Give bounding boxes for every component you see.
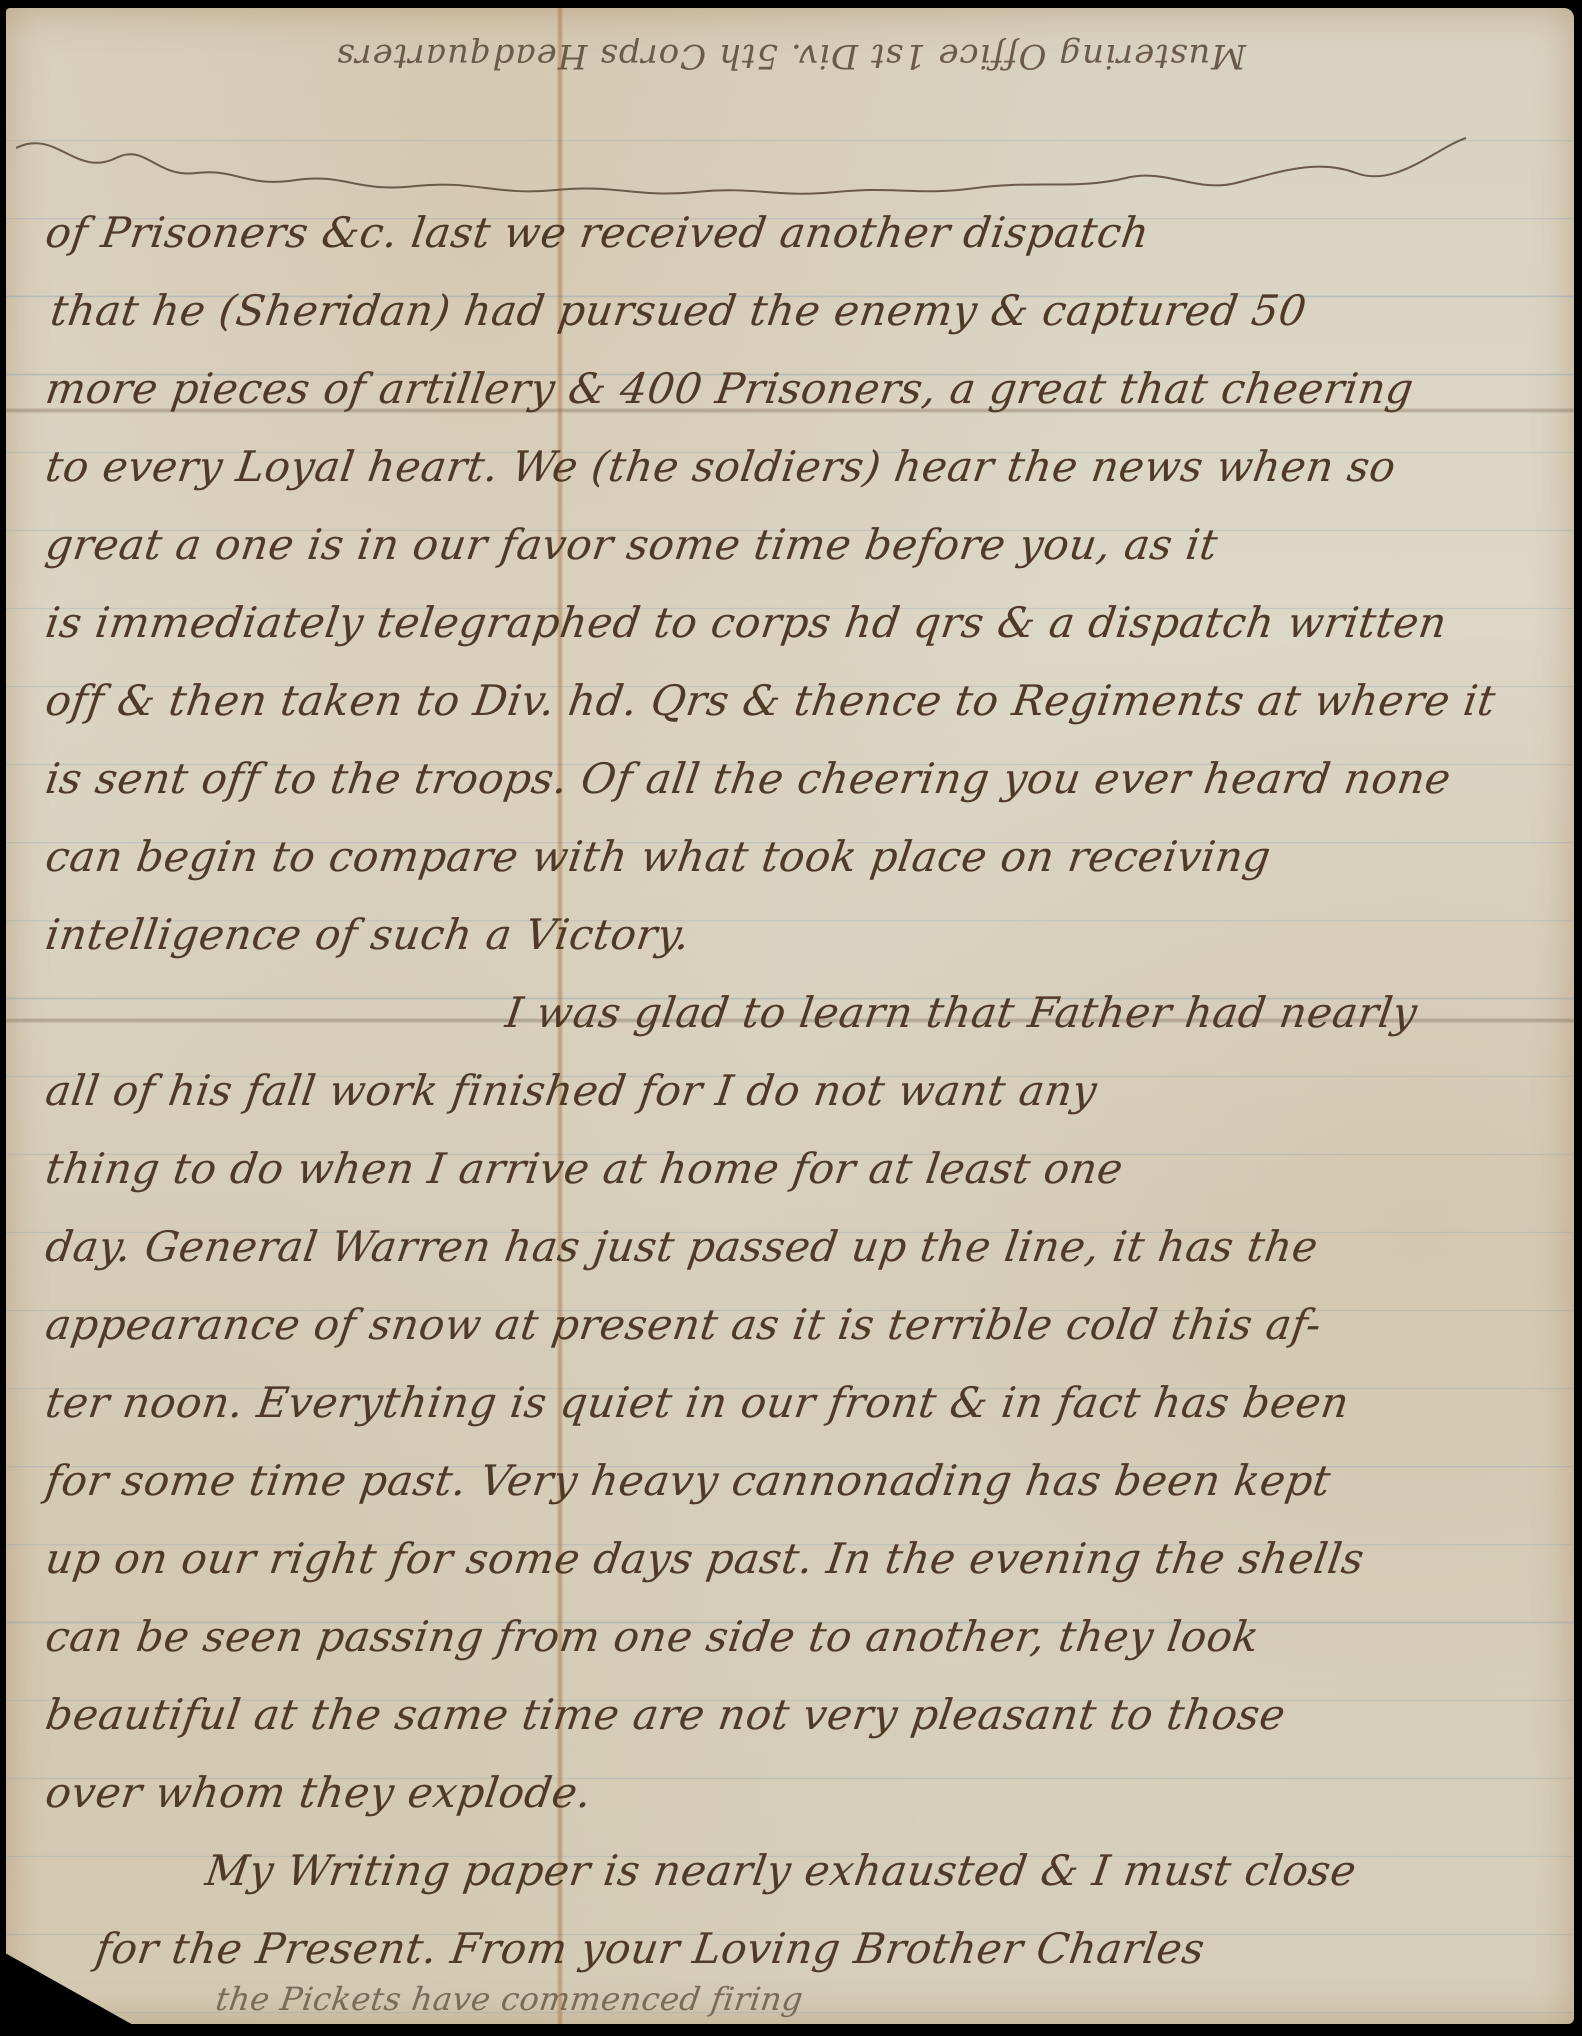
decorative-flourish <box>16 118 1476 198</box>
letter-line: that he (Sheridan) had pursued the enemy… <box>48 286 1582 335</box>
letter-line: over whom they explode. <box>43 1768 1582 1817</box>
letter-line: more pieces of artillery & 400 Prisoners… <box>43 364 1582 413</box>
letter-line: beautiful at the same time are not very … <box>43 1690 1582 1739</box>
letter-line: the Pickets have commenced firing <box>213 1980 1582 2018</box>
letter-line: is immediately telegraphed to corps hd q… <box>43 598 1582 647</box>
letter-line: of Prisoners &c. last we received anothe… <box>43 208 1582 257</box>
letter-line: I was glad to learn that Father had near… <box>503 988 1582 1037</box>
letter-line: great a one is in our favor some time be… <box>43 520 1582 569</box>
letter-line: thing to do when I arrive at home for at… <box>43 1144 1582 1193</box>
letter-line: off & then taken to Div. hd. Qrs & thenc… <box>43 676 1582 725</box>
letter-line: for some time past. Very heavy cannonadi… <box>43 1456 1582 1505</box>
letter-line: to every Loyal heart. We (the soldiers) … <box>43 442 1582 491</box>
letter-line: is sent off to the troops. Of all the ch… <box>43 754 1582 803</box>
letter-line: intelligence of such a Victory. <box>43 910 1582 959</box>
letter-line: for the Present. From your Loving Brothe… <box>93 1924 1582 1973</box>
letter-line: up on our right for some days past. In t… <box>43 1534 1582 1583</box>
letter-line: can begin to compare with what took plac… <box>43 832 1582 881</box>
upside-down-letterhead: Mustering Office 1st Div. 5th Corps Head… <box>66 36 1516 76</box>
letter-line: day. General Warren has just passed up t… <box>43 1222 1582 1271</box>
letter-line: ter noon. Everything is quiet in our fro… <box>43 1378 1582 1427</box>
letter-line: appearance of snow at present as it is t… <box>43 1300 1582 1349</box>
letter-line: My Writing paper is nearly exhausted & I… <box>203 1846 1582 1895</box>
letter-line: all of his fall work finished for I do n… <box>43 1066 1582 1115</box>
letter-line: can be seen passing from one side to ano… <box>43 1612 1582 1661</box>
letter-page: Mustering Office 1st Div. 5th Corps Head… <box>6 8 1574 2024</box>
